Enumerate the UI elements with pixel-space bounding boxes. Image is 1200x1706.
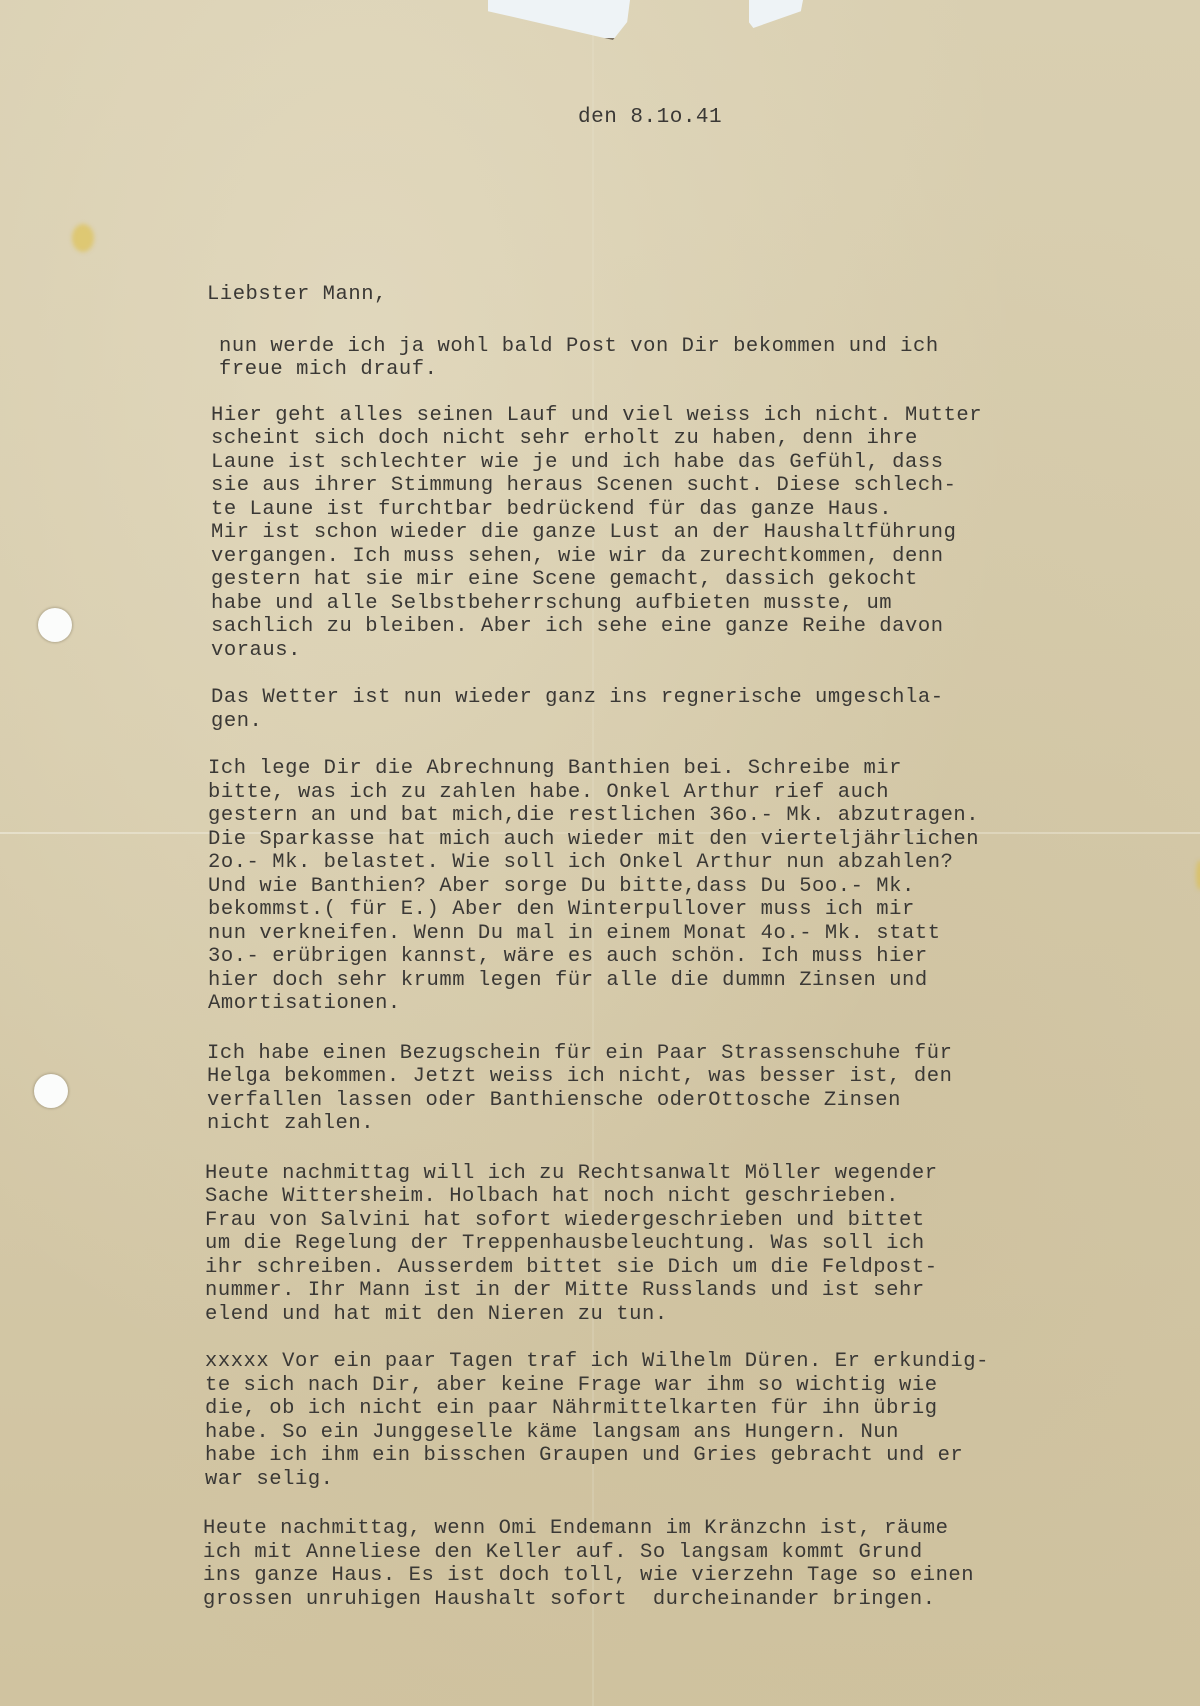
text-line: gestern an und bat mich,die restlichen 3… (208, 804, 1157, 828)
text-line: nicht zahlen. (207, 1112, 1157, 1136)
paragraph: Das Wetter ist nun wieder ganz ins regne… (211, 686, 1157, 733)
text-line: Helga bekommen. Jetzt weiss ich nicht, w… (207, 1065, 1157, 1089)
letter-body: Liebster Mann, nun werde ich ja wohl bal… (207, 283, 1157, 1611)
text-line: grossen unruhigen Haushalt sofort durche… (203, 1588, 1157, 1612)
text-line: te Laune ist furchtbar bedrückend für da… (211, 498, 1157, 522)
text-line: 3o.- erübrigen kannst, wäre es auch schö… (208, 945, 1157, 969)
text-line: ihr schreiben. Ausserdem bittet sie Dich… (205, 1256, 1157, 1280)
text-line: freue mich drauf. (219, 358, 1157, 382)
text-line: scheint sich doch nicht sehr erholt zu h… (211, 427, 1157, 451)
text-line: habe ich ihm ein bisschen Graupen und Gr… (205, 1444, 1157, 1468)
text-line: nummer. Ihr Mann ist in der Mitte Russla… (205, 1279, 1157, 1303)
text-line: Das Wetter ist nun wieder ganz ins regne… (211, 686, 1157, 710)
text-line: Heute nachmittag will ich zu Rechtsanwal… (205, 1162, 1157, 1186)
text-line: 2o.- Mk. belastet. Wie soll ich Onkel Ar… (208, 851, 1157, 875)
paragraph: xxxxx Vor ein paar Tagen traf ich Wilhel… (205, 1350, 1157, 1491)
text-line: ins ganze Haus. Es ist doch toll, wie vi… (203, 1564, 1157, 1588)
paragraph: nun werde ich ja wohl bald Post von Dir … (219, 335, 1157, 382)
text-line: sachlich zu bleiben. Aber ich sehe eine … (211, 615, 1157, 639)
text-line: ich mit Anneliese den Keller auf. So lan… (203, 1541, 1157, 1565)
punch-hole (34, 1074, 68, 1108)
paragraph: Ich habe einen Bezugschein für ein Paar … (207, 1042, 1157, 1136)
text-line: voraus. (211, 639, 1157, 663)
text-line: gen. (211, 710, 1157, 734)
text-line: sie aus ihrer Stimmung heraus Scenen suc… (211, 474, 1157, 498)
text-line: Amortisationen. (208, 992, 1157, 1016)
punch-hole (38, 608, 72, 642)
text-line: bekommst.( für E.) Aber den Winterpullov… (208, 898, 1157, 922)
paper-stain (1196, 860, 1200, 890)
text-line: Hier geht alles seinen Lauf und viel wei… (211, 404, 1157, 428)
text-line: Laune ist schlechter wie je und ich habe… (211, 451, 1157, 475)
text-line: nun werde ich ja wohl bald Post von Dir … (219, 335, 1157, 359)
paragraph: Heute nachmittag, wenn Omi Endemann im K… (203, 1517, 1157, 1611)
text-line: hier doch sehr krumm legen für alle die … (208, 969, 1157, 993)
text-line: Mir ist schon wieder die ganze Lust an d… (211, 521, 1157, 545)
text-line: habe. So ein Junggeselle käme langsam an… (205, 1421, 1157, 1445)
text-line: habe und alle Selbstbeherrschung aufbiet… (211, 592, 1157, 616)
text-line: Frau von Salvini hat sofort wiedergeschr… (205, 1209, 1157, 1233)
text-line: Ich lege Dir die Abrechnung Banthien bei… (208, 757, 1157, 781)
letter-page: den 8.1o.41 Liebster Mann, nun werde ich… (0, 0, 1200, 1706)
text-line: gestern hat sie mir eine Scene gemacht, … (211, 568, 1157, 592)
text-line: vergangen. Ich muss sehen, wie wir da zu… (211, 545, 1157, 569)
paragraph: Hier geht alles seinen Lauf und viel wei… (211, 404, 1157, 663)
text-line: Die Sparkasse hat mich auch wieder mit d… (208, 828, 1157, 852)
text-line: verfallen lassen oder Banthiensche oderO… (207, 1089, 1157, 1113)
paragraph: Heute nachmittag will ich zu Rechtsanwal… (205, 1162, 1157, 1327)
paper-stain (72, 224, 94, 252)
text-line: die, ob ich nicht ein paar Nährmittelkar… (205, 1397, 1157, 1421)
text-line: Ich habe einen Bezugschein für ein Paar … (207, 1042, 1157, 1066)
torn-edge-notch (749, 0, 803, 28)
text-line: um die Regelung der Treppenhausbeleuchtu… (205, 1232, 1157, 1256)
paragraph: Ich lege Dir die Abrechnung Banthien bei… (208, 757, 1157, 1016)
salutation: Liebster Mann, (207, 283, 1157, 307)
text-line: te sich nach Dir, aber keine Frage war i… (205, 1374, 1157, 1398)
text-line: nun verkneifen. Wenn Du mal in einem Mon… (208, 922, 1157, 946)
text-line: Heute nachmittag, wenn Omi Endemann im K… (203, 1517, 1157, 1541)
text-line: elend und hat mit den Nieren zu tun. (205, 1303, 1157, 1327)
text-line: Und wie Banthien? Aber sorge Du bitte,da… (208, 875, 1157, 899)
text-line: bitte, was ich zu zahlen habe. Onkel Art… (208, 781, 1157, 805)
text-line: Sache Wittersheim. Holbach hat noch nich… (205, 1185, 1157, 1209)
text-line: war selig. (205, 1468, 1157, 1492)
torn-edge-notch (488, 0, 630, 40)
text-line: xxxxx Vor ein paar Tagen traf ich Wilhel… (205, 1350, 1157, 1374)
paragraph-list: nun werde ich ja wohl bald Post von Dir … (207, 335, 1157, 1612)
letter-date: den 8.1o.41 (578, 106, 722, 129)
